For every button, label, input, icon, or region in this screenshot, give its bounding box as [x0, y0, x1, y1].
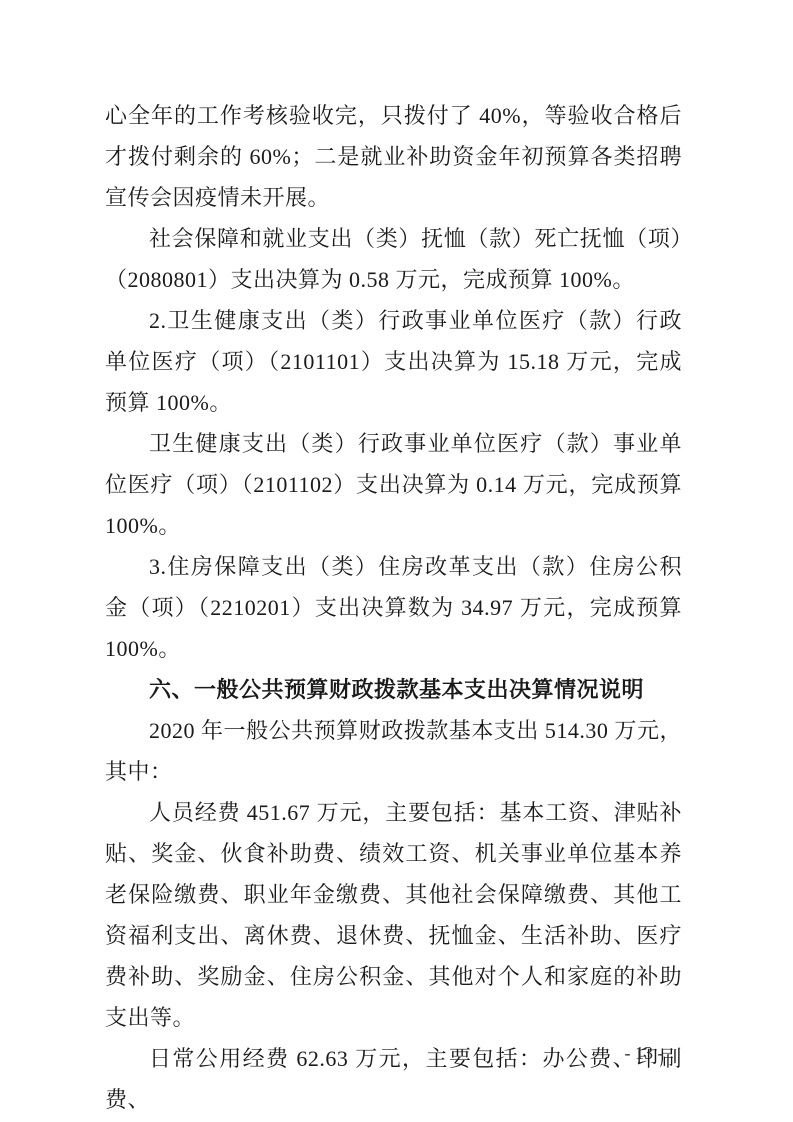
document-page: 心全年的工作考核验收完，只拨付了 40%，等验收合格后才拨付剩余的 60%；二是…: [0, 0, 793, 1122]
paragraph-personnel-expenses: 人员经费 451.67 万元，主要包括：基本工资、津贴补贴、奖金、伙食补助费、绩…: [105, 792, 682, 1038]
paragraph-social-security-item: 社会保障和就业支出（类）抚恤（款）死亡抚恤（项）（2080801）支出决算为 0…: [105, 218, 682, 300]
paragraph-housing-item: 3.住房保障支出（类）住房改革支出（款）住房公积金（项）（2210201）支出决…: [105, 546, 682, 669]
document-body: 心全年的工作考核验收完，只拨付了 40%，等验收合格后才拨付剩余的 60%；二是…: [105, 95, 682, 1120]
page-number: - 13 -: [596, 1041, 692, 1065]
section-heading-basic-expenditure: 六、一般公共预算财政拨款基本支出决算情况说明: [105, 669, 682, 710]
paragraph-health-admin-item: 2.卫生健康支出（类）行政事业单位医疗（款）行政单位医疗（项）（2101101）…: [105, 300, 682, 423]
paragraph-health-institution-item: 卫生健康支出（类）行政事业单位医疗（款）事业单位医疗（项）（2101102）支出…: [105, 423, 682, 546]
paragraph-basic-expenditure-total: 2020 年一般公共预算财政拨款基本支出 514.30 万元，其中：: [105, 710, 682, 792]
paragraph-continuation: 心全年的工作考核验收完，只拨付了 40%，等验收合格后才拨付剩余的 60%；二是…: [105, 95, 682, 218]
